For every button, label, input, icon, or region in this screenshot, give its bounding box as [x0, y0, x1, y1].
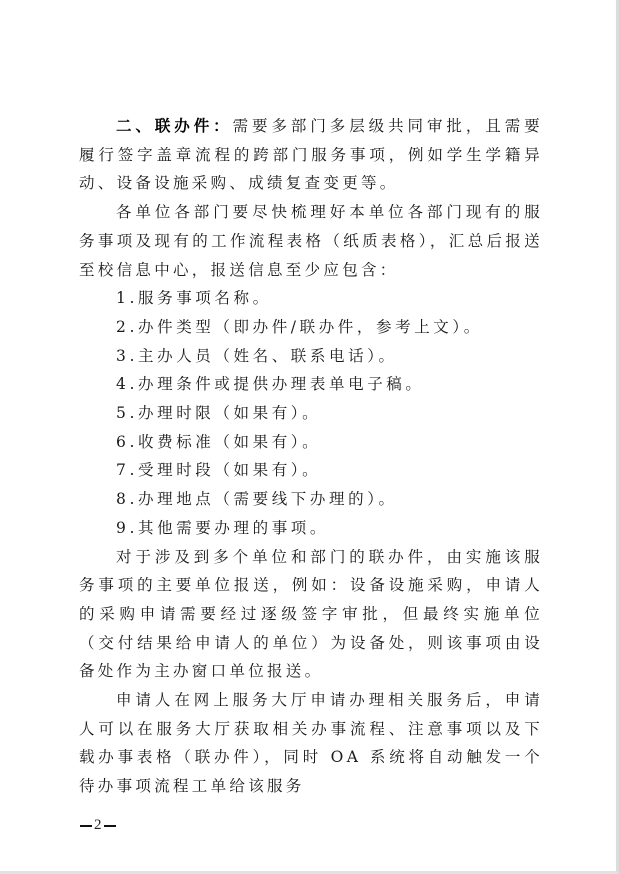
paragraph-instructions: 各单位各部门要尽快梳理好本单位各部门现有的服务事项及现有的工作流程表格（纸质表格…: [79, 198, 543, 284]
document-body: 二、联办件：需要多部门多层级共同审批，且需要履行签字盖章流程的跨部门服务事项，例…: [79, 112, 543, 801]
list-item: 4.办理条件或提供办理表单电子稿。: [79, 370, 543, 399]
paragraph-joint-items: 二、联办件：需要多部门多层级共同审批，且需要履行签字盖章流程的跨部门服务事项，例…: [79, 112, 543, 198]
list-item: 3.主办人员（姓名、联系电话）。: [79, 342, 543, 371]
list-item: 8.办理地点（需要线下办理的）。: [79, 485, 543, 514]
page-number: 2: [80, 817, 116, 834]
list-item: 5.办理时限（如果有）。: [79, 399, 543, 428]
section-heading: 二、联办件：: [116, 116, 233, 135]
paragraph-joint-reporting: 对于涉及到多个单位和部门的联办件，由实施该服务事项的主要单位报送，例如：设备设施…: [79, 543, 543, 687]
page-number-value: 2: [94, 817, 102, 834]
dash-decoration: [104, 825, 116, 827]
list-item: 6.收费标准（如果有）。: [79, 428, 543, 457]
paragraph-online-service: 申请人在网上服务大厅申请办理相关服务后，申请人可以在服务大厅获取相关办事流程、注…: [79, 686, 543, 801]
dash-decoration: [80, 825, 92, 827]
list-item: 1.服务事项名称。: [79, 284, 543, 313]
list-item: 2.办件类型（即办件/联办件，参考上文）。: [79, 313, 543, 342]
list-item: 9.其他需要办理的事项。: [79, 514, 543, 543]
list-item: 7.受理时段（如果有）。: [79, 456, 543, 485]
document-page: 二、联办件：需要多部门多层级共同审批，且需要履行签字盖章流程的跨部门服务事项，例…: [0, 0, 619, 874]
